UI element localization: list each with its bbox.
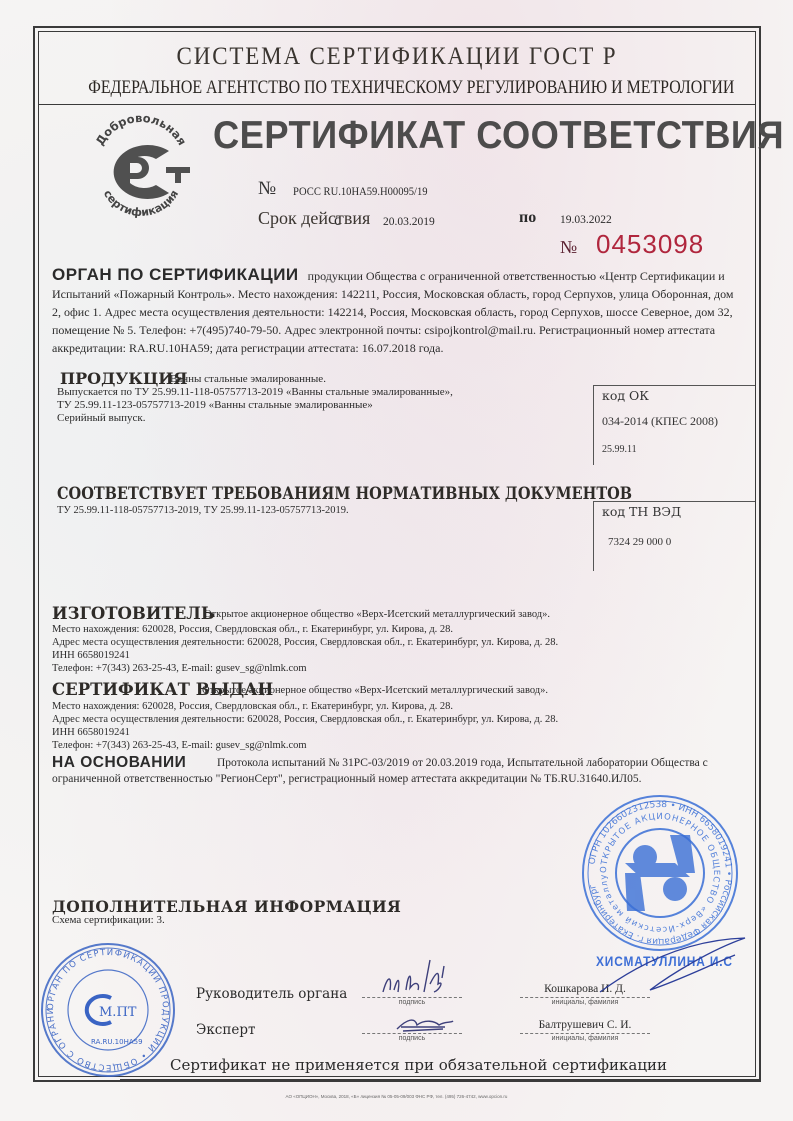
- issued-to-inn: ИНН 6658019241: [52, 726, 612, 739]
- manufacturer-details: Место нахождения: 620028, Россия, Свердл…: [52, 623, 612, 675]
- printer-imprint: АО «ОПЦИОН», Москва, 2018, «Б» лицензия …: [0, 1094, 793, 1099]
- serial-sign: №: [560, 237, 577, 258]
- issued-to-activity-address: Адрес места осуществления деятельности: …: [52, 713, 612, 726]
- number-sign: №: [258, 178, 276, 200]
- basis-text: Протокола испытаний № 31РС-03/2019 от 20…: [52, 755, 752, 787]
- head-of-body-label: Руководитель органа: [196, 986, 347, 1002]
- tn-ved-label: код ТН ВЭД: [602, 504, 681, 519]
- expert-label: Эксперт: [196, 1022, 255, 1038]
- handwritten-signature-icon: [395, 1013, 455, 1035]
- agency-heading: ФЕДЕРАЛЬНОЕ АГЕНТСТВО ПО ТЕХНИЧЕСКОМУ РЕ…: [88, 78, 705, 99]
- compliance-text: ТУ 25.99.11-118-05757713-2019, ТУ 25.99.…: [57, 505, 349, 516]
- registration-number: РОСС RU.10НА59.Н00095/19: [293, 186, 428, 198]
- issued-to-name: Открытое акционерное общество «Верх-Исет…: [202, 685, 548, 696]
- ok-code-label: код ОК: [602, 388, 649, 403]
- product-name: Ванны стальные эмалированные.: [170, 373, 326, 385]
- additional-info-text: Схема сертификации: 3.: [52, 914, 165, 926]
- certification-body-stamp: ОРГАН ПО СЕРТИФИКАЦИИ ПРОДУКЦИИ • ОБЩЕСТ…: [33, 942, 183, 1082]
- tn-ved-value: 7324 29 000 0: [608, 536, 671, 548]
- svg-text:RA.RU.10НА59: RA.RU.10НА59: [91, 1038, 143, 1046]
- manufacturer-address: Место нахождения: 620028, Россия, Свердл…: [52, 623, 612, 636]
- stamp-signature: [560, 930, 760, 1005]
- system-heading: СИСТЕМА СЕРТИФИКАЦИИ ГОСТ Р: [67, 43, 728, 71]
- product-line: Серийный выпуск.: [57, 412, 517, 425]
- manufacturer-contacts: Телефон: +7(343) 263-25-43, E-mail: guse…: [52, 662, 612, 675]
- organ-stamp-icon: ОРГАН ПО СЕРТИФИКАЦИИ ПРОДУКЦИИ • ОБЩЕСТ…: [33, 942, 183, 1082]
- ok-classifier: 034-2014 (КПЕС 2008): [602, 414, 718, 429]
- certification-body-heading: ОРГАН ПО СЕРТИФИКАЦИИ: [52, 265, 299, 284]
- issued-to-address: Место нахождения: 620028, Россия, Свердл…: [52, 700, 612, 713]
- validity-from-label: с: [334, 212, 341, 230]
- product-line: ТУ 25.99.11-123-05757713-2019 «Ванны ста…: [57, 399, 517, 412]
- header-divider: [38, 104, 756, 105]
- serial-number: 0453098: [596, 229, 704, 260]
- head-signature-caption: подпись: [362, 999, 462, 1006]
- manufacturer-name: Открытое акционерное общество «Верх-Исет…: [204, 609, 550, 620]
- certification-body-section: ОРГАН ПО СЕРТИФИКАЦИИ продукции Общества…: [52, 266, 742, 357]
- ok-code-box: код ОК 034-2014 (КПЕС 2008) 25.99.11: [593, 385, 755, 465]
- manufacturer-inn: ИНН 6658019241: [52, 649, 612, 662]
- svg-text:Добровольная: Добровольная: [93, 113, 190, 148]
- validity-to-label: по: [519, 209, 536, 227]
- certificate-title: СЕРТИФИКАТ СООТВЕТСТВИЯ: [213, 114, 784, 158]
- validity-label: Срок действия: [258, 208, 370, 229]
- pen-signature-icon: [560, 930, 760, 1000]
- rst-logo: Добровольная сертификация: [86, 113, 196, 223]
- manufacturer-heading: ИЗГОТОВИТЕЛЬ: [52, 604, 215, 623]
- valid-from-date: 20.03.2019: [383, 216, 435, 228]
- product-line: Выпускается по ТУ 25.99.11-118-05757713-…: [57, 386, 517, 399]
- expert-signature-caption: подпись: [362, 1035, 462, 1042]
- rst-mark-icon: Добровольная сертификация: [86, 113, 196, 223]
- expert-name: Балтрушевич С. И.: [520, 1019, 650, 1031]
- compliance-heading: СООТВЕТСТВУЕТ ТРЕБОВАНИЯМ НОРМАТИВНЫХ ДО…: [57, 484, 632, 503]
- issued-to-contacts: Телефон: +7(343) 263-25-43, E-mail: guse…: [52, 739, 612, 752]
- svg-text:М.ПТ: М.ПТ: [99, 1005, 137, 1020]
- valid-to-date: 19.03.2022: [560, 214, 612, 226]
- manufacturer-activity-address: Адрес места осуществления деятельности: …: [52, 636, 612, 649]
- handwritten-signature-icon: [378, 954, 468, 1000]
- head-signature: [378, 954, 468, 1005]
- tn-ved-code-box: код ТН ВЭД 7324 29 000 0: [593, 501, 755, 571]
- issued-to-details: Место нахождения: 620028, Россия, Свердл…: [52, 700, 612, 752]
- bottom-rule: [120, 1079, 760, 1080]
- footer-note: Сертификат не применяется при обязательн…: [170, 1056, 667, 1074]
- expert-name-caption: инициалы, фамилия: [520, 1035, 650, 1042]
- expert-name-line: [520, 1033, 650, 1034]
- product-details: Выпускается по ТУ 25.99.11-118-05757713-…: [57, 386, 517, 425]
- ok-code-value: 25.99.11: [602, 444, 637, 455]
